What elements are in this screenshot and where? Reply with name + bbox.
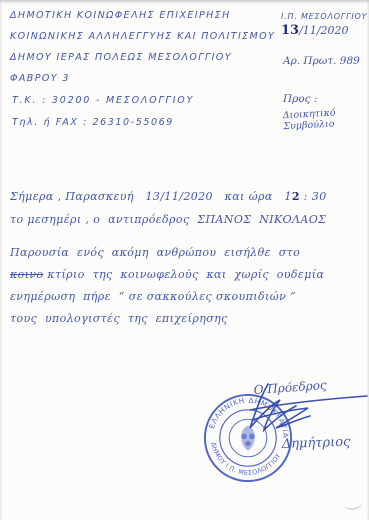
date-line: 13/11/2020 (281, 23, 349, 38)
org-name-line3: ΔΗΜΟΥ ΙΕΡΑΣ ΠΟΛΕΩΣ ΜΕΣΟΛΟΓΓΙΟΥ (10, 52, 232, 63)
org-name-line2: ΚΟΙΝΩΝΙΚΗΣ ΑΛΛΗΛΕΓΓΥΗΣ ΚΑΙ ΠΟΛΙΤΙΣΜΟΥ (10, 31, 275, 42)
protocol-number-line: Αρ. Πρωτ. 989 (283, 55, 360, 67)
signer-name: Δημήτριος (281, 435, 352, 452)
body-time-stamped-digit: 2 (292, 190, 300, 203)
recipient-label: Προς : (283, 93, 317, 105)
body-time-hour: 1 (284, 190, 291, 203)
signature-block: Ο Πρόεδρος Δημήτριος (230, 376, 369, 478)
signer-role: Ο Πρόεδρος (253, 378, 327, 397)
body-line-5-text: ενημέρωση πήρε (10, 290, 119, 303)
body-line-5: ενημέρωση πήρε “ σε σακκούλες σκουπιδιών… (10, 290, 296, 303)
org-postal-line: Τ.Κ. : 30200 - ΜΕΣΟΛΟΓΓΙΟΥ (12, 95, 194, 106)
body-line-2: το μεσημέρι , ο αντιπρόεδρος ΣΠΑΝΟΣ ΝΙΚΟ… (10, 213, 326, 226)
place-line: Ι.Π. ΜΕΣΟΛΟΓΓΙΟΥ (281, 12, 367, 21)
body-line-1-text: Σήμερα , Παρασκευή (10, 190, 146, 203)
body-date: 13/11/2020 (146, 190, 213, 203)
org-name-line1: ΔΗΜΟΤΙΚΗ ΚΟΙΝΩΦΕΛΗΣ ΕΠΙΧΕΙΡΗΣΗ (10, 10, 231, 21)
date-rest: /11/2020 (299, 24, 348, 37)
body-line-1: Σήμερα , Παρασκευή 13/11/2020 και ώρα 12… (10, 190, 327, 203)
org-phone-fax-line: Τηλ. ή FAX : 26310-55069 (12, 117, 174, 128)
quoted-phrase: “ σε σακκούλες σκουπιδιών ” (119, 290, 296, 303)
scanned-document-page: ΔΗΜΟΤΙΚΗ ΚΟΙΝΩΦΕΛΗΣ ΕΠΙΧΕΙΡΗΣΗ ΚΟΙΝΩΝΙΚΗ… (0, 0, 369, 520)
body-line-6: τους υπολογιστές της επιχείρησης (10, 312, 228, 325)
body-line-1-text2: και ώρα (213, 190, 285, 203)
body-time-minutes: : 30 (300, 190, 327, 203)
body-line-4: κοινο κτίριο της κοινωφελούς και χωρίς ο… (10, 268, 324, 281)
crossed-out-word: κοινο (10, 268, 43, 281)
body-line-4-text: κτίριο της κοινωφελούς και χωρίς ουδεμία (43, 268, 324, 281)
body-line-3: Παρουσία ενός ακόμη ανθρώπου εισήλθε στο (10, 246, 300, 259)
org-address-line: ΦΑΒΡΟΥ 3 (10, 73, 70, 84)
recipient-value: Διοικητικό Συμβούλιο (282, 106, 369, 132)
scan-smudge (343, 497, 362, 511)
date-day-stamped: 13 (281, 23, 299, 38)
